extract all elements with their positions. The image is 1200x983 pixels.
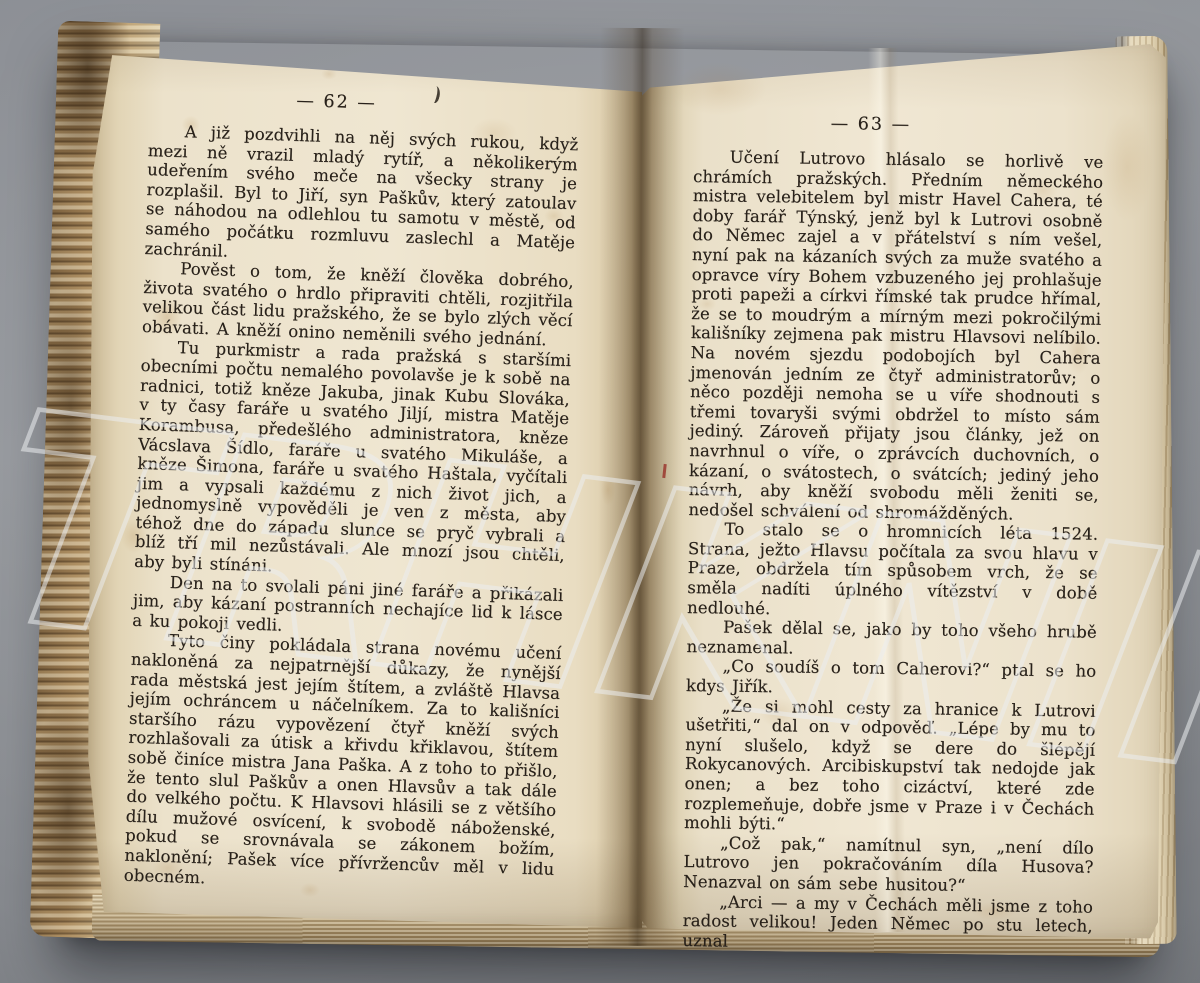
paragraph: Tu purkmistr a rada pražská s staršími o… bbox=[134, 336, 572, 585]
paragraph: Pašek dělal se, jako by toho všeho hrubě… bbox=[686, 617, 1097, 662]
left-page-text: — 62 — A již pozdvihli na něj svých ruko… bbox=[124, 86, 580, 899]
paragraph: Pověst o tom, že kněží člověka dobrého, … bbox=[142, 258, 574, 351]
paragraph: „Že si mohl cesty za hranice k Lutrovi u… bbox=[684, 696, 1096, 839]
paragraph: To stalo se o hromnicích léta 1524. Stra… bbox=[687, 519, 1098, 623]
paragraph: Tyto činy pokládala strana novému učení … bbox=[124, 630, 562, 899]
book-photo-scene: — 62 — A již pozdvihli na něj svých ruko… bbox=[0, 0, 1200, 983]
right-page-text: — 63 — Učení Lutrovo hlásalo se horlivě … bbox=[682, 112, 1104, 956]
paragraph: A již pozdvihli na něj svých rukou, když… bbox=[144, 121, 578, 272]
paragraph: „Což pak,“ namítnul syn, „není dílo Lutr… bbox=[683, 833, 1094, 898]
paragraph: Učení Lutrovo hlásalo se horlivě ve chrá… bbox=[688, 147, 1103, 525]
paragraph: „Co soudíš o tom Caherovi?“ ptal se ho k… bbox=[686, 656, 1097, 701]
paragraph: „Arci — a my v Čechách měli jsme z toho … bbox=[682, 891, 1093, 956]
